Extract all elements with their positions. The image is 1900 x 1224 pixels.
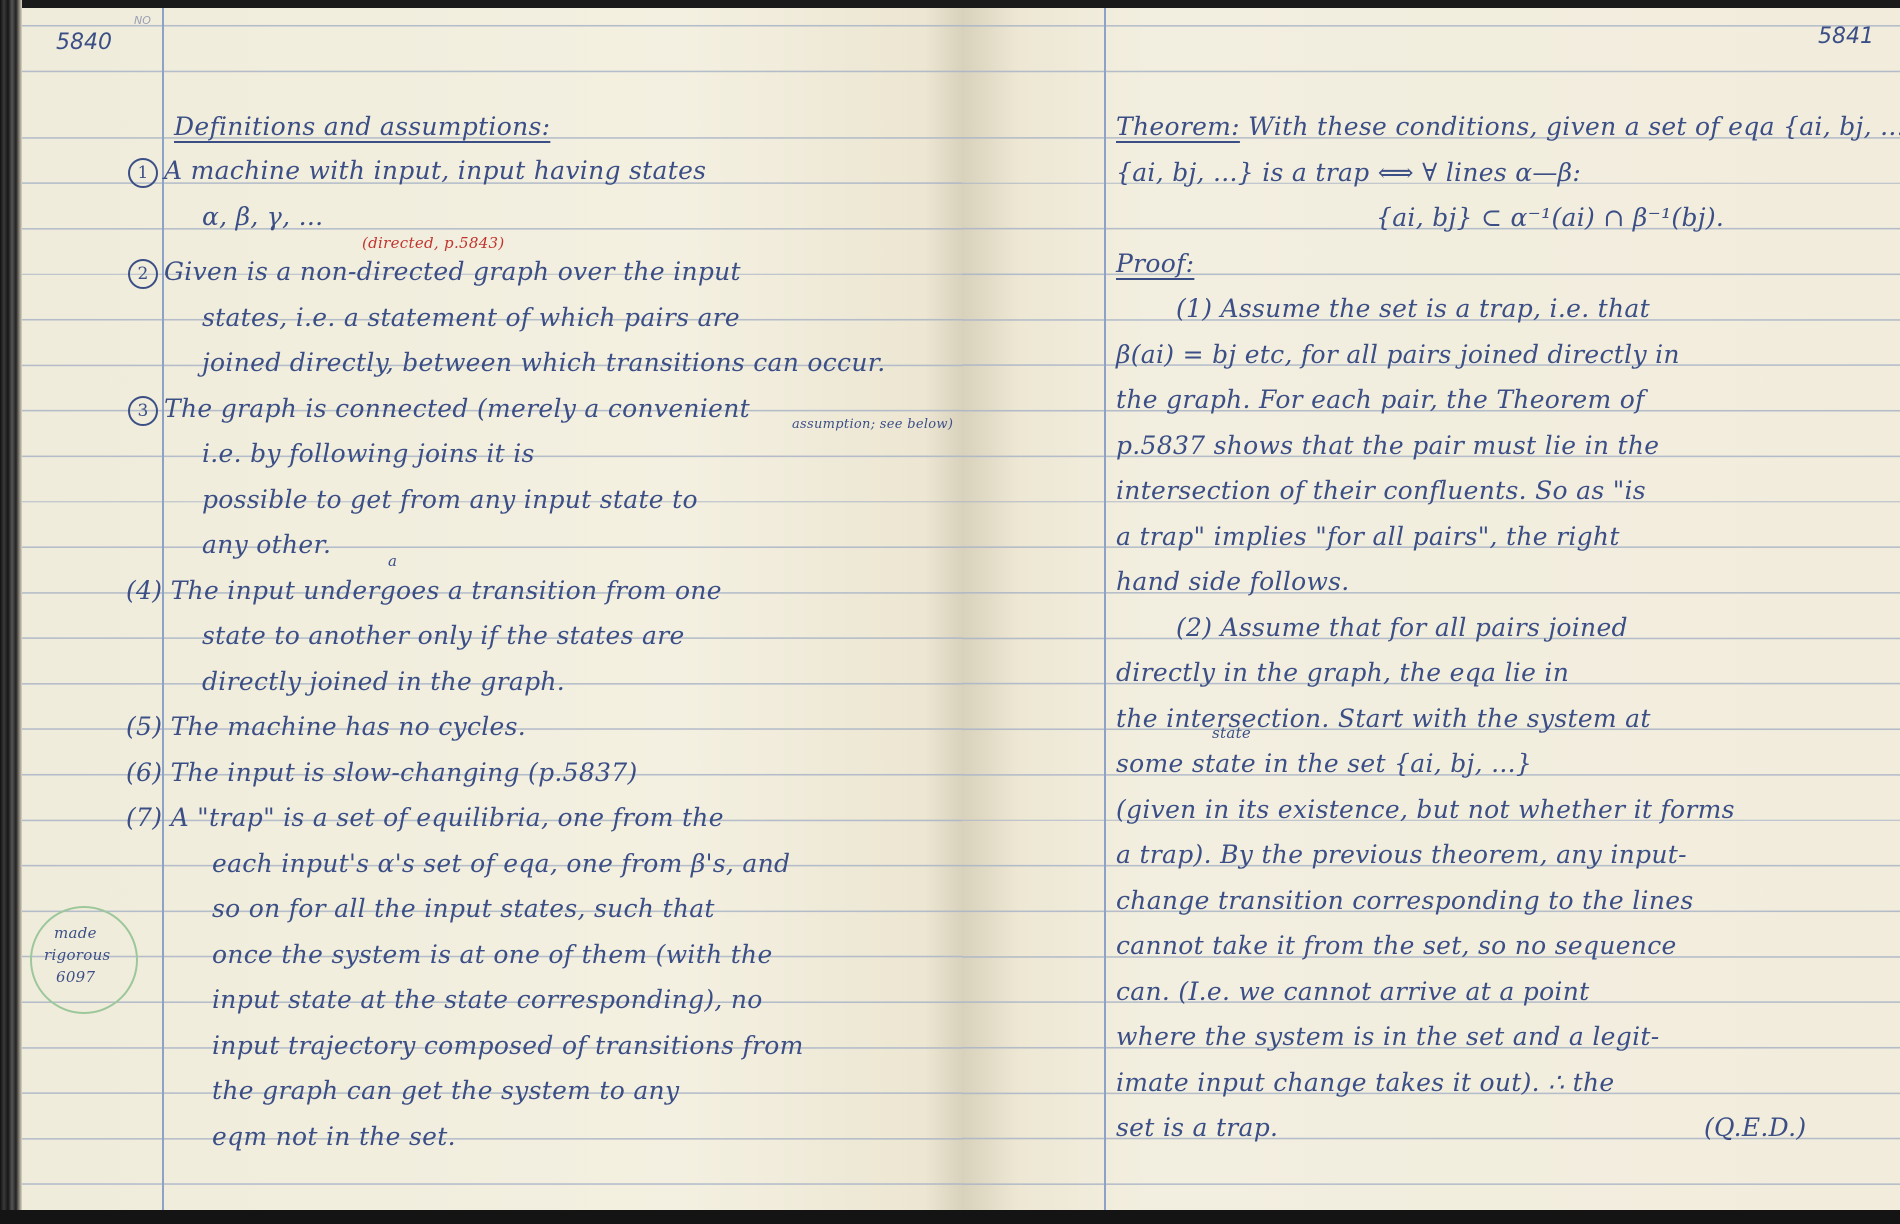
note-line: rigorous: [44, 946, 111, 964]
section-heading: Definitions and assumptions:: [174, 104, 550, 150]
item-line: input state at the state corresponding),…: [212, 977, 763, 1023]
item-line: the graph can get the system to any: [212, 1068, 679, 1114]
proof-line: a trap). By the previous theorem, any in…: [1116, 832, 1687, 878]
proof-line: set is a trap.: [1116, 1105, 1278, 1151]
list-item-6: (6) The input is slow-changing (p.5837): [126, 750, 638, 796]
proof-line: hand side follows.: [1116, 559, 1350, 605]
item-marker: 3: [128, 396, 158, 426]
proof-line: can. (I.e. we cannot arrive at a point: [1116, 969, 1589, 1015]
theorem-line-2: {ai, bj, ...} is a trap ⟺ ∀ lines α—β:: [1116, 150, 1581, 196]
item-marker: (4): [126, 576, 162, 605]
item-line: directly joined in the graph.: [202, 659, 565, 705]
item-line: A machine with input, input having state…: [164, 156, 706, 185]
proof-line: cannot take it from the set, so no seque…: [1116, 923, 1677, 969]
notebook-binding: [0, 0, 22, 1224]
page-number: 5841: [1818, 24, 1874, 49]
list-item-1: 1A machine with input, input having stat…: [128, 148, 706, 194]
item-marker: (5): [126, 712, 162, 741]
proof-line: (1) Assume the set is a trap, i.e. that: [1176, 286, 1650, 332]
item-line: any other.: [202, 522, 331, 568]
qed-mark: (Q.E.D.): [1704, 1105, 1806, 1151]
right-page: 5841 Theorem: With these conditions, giv…: [962, 8, 1900, 1212]
proof-line: (given in its existence, but not whether…: [1116, 787, 1735, 833]
theorem-label: Theorem:: [1116, 112, 1240, 141]
margin-note: assumption; see below): [792, 416, 953, 434]
item-line: joined directly, between which transitio…: [202, 340, 886, 386]
item-line: The graph is connected (merely a conveni…: [164, 394, 750, 423]
item-line: Given is a non-directed graph over the i…: [164, 257, 741, 286]
item-line: input trajectory composed of transitions…: [212, 1023, 804, 1069]
item-line: The input is slow-changing (p.5837): [171, 758, 638, 787]
item-line: possible to get from any input state to: [202, 477, 698, 523]
item-line: A "trap" is a set of equilibria, one fro…: [171, 803, 724, 832]
item-line: each input's α's set of eqa, one from β'…: [212, 841, 790, 887]
proof-line: the graph. For each pair, the Theorem of: [1116, 377, 1645, 423]
proof-line: p.5837 shows that the pair must lie in t…: [1116, 423, 1659, 469]
note-line: 6097: [56, 968, 95, 986]
proof-line: the intersection. Start with the system …: [1116, 696, 1651, 742]
circled-note: made rigorous 6097: [30, 906, 138, 1014]
page-number-mark: NO: [134, 14, 151, 27]
list-item-7: (7) A "trap" is a set of equilibria, one…: [126, 795, 724, 841]
proof-line: intersection of their confluents. So as …: [1116, 468, 1646, 514]
margin-rule: [1104, 8, 1106, 1212]
item-line: α, β, γ, ...: [202, 194, 323, 240]
item-line: i.e. by following joins it is: [202, 431, 535, 477]
list-item-3: 3The graph is connected (merely a conven…: [128, 386, 750, 432]
list-item-4: (4) The input undergoes a transition fro…: [126, 568, 722, 614]
page-number: 5840: [56, 30, 112, 55]
insertion-mark: state: [1212, 724, 1251, 742]
item-marker: 2: [128, 259, 158, 289]
theorem-line-3: {ai, bj} ⊂ α⁻¹(ai) ∩ β⁻¹(bj).: [1376, 195, 1724, 241]
proof-line: directly in the graph, the eqa lie in: [1116, 650, 1569, 696]
proof-line: (2) Assume that for all pairs joined: [1176, 605, 1628, 651]
left-page: 5840 NO Definitions and assumptions: 1A …: [22, 8, 962, 1212]
proof-line: imate input change takes it out). ∴ the: [1116, 1060, 1614, 1106]
item-marker: 1: [128, 158, 158, 188]
list-item-2: 2Given is a non-directed graph over the …: [128, 249, 741, 295]
proof-line: β(ai) = bj etc, for all pairs joined dir…: [1116, 332, 1680, 378]
proof-label: Proof:: [1116, 241, 1194, 287]
theorem-text: With these conditions, given a set of eq…: [1248, 112, 1900, 141]
item-marker: (7): [126, 803, 162, 832]
proof-line: a trap" implies "for all pairs", the rig…: [1116, 514, 1620, 560]
list-item-5: (5) The machine has no cycles.: [126, 704, 526, 750]
item-line: The machine has no cycles.: [171, 712, 526, 741]
proof-line: change transition corresponding to the l…: [1116, 878, 1693, 924]
proof-line: where the system is in the set and a leg…: [1116, 1014, 1659, 1060]
item-line: The input undergoes a transition from on…: [171, 576, 722, 605]
item-line: states, i.e. a statement of which pairs …: [202, 295, 740, 341]
item-line: eqm not in the set.: [212, 1114, 456, 1160]
proof-line: some state in the set {ai, bj, ...}: [1116, 741, 1532, 787]
item-marker: (6): [126, 758, 162, 787]
item-line: state to another only if the states are: [202, 613, 685, 659]
note-line: made: [54, 924, 97, 942]
item-line: so on for all the input states, such tha…: [212, 886, 715, 932]
theorem-line-1: Theorem: With these conditions, given a …: [1116, 104, 1900, 150]
notebook-spread: 5840 NO Definitions and assumptions: 1A …: [0, 0, 1900, 1224]
bottom-edge: [0, 1210, 1900, 1224]
item-line: once the system is at one of them (with …: [212, 932, 773, 978]
